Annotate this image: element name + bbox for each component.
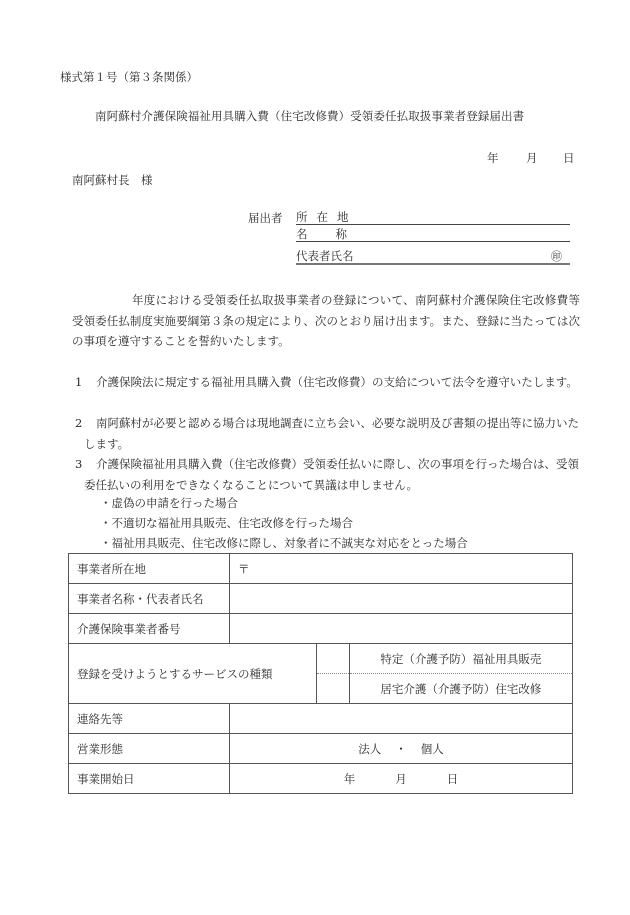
- condition-bullet: ・虚偽の申請を行った場合: [100, 495, 238, 511]
- representative-name-field[interactable]: 代表者氏名 ㊞: [296, 247, 570, 265]
- seal-icon: ㊞: [551, 248, 562, 264]
- pledge-item-number: 2: [75, 413, 82, 434]
- condition-bullet: ・福祉用具販売、住宅改修に際し、対象者に不誠実な対応をとった場合: [100, 535, 468, 551]
- pledge-item-text: 介護保険福祉用具購入費（住宅改修費）受領委任払いに際し、次の事項を行った場合は、…: [75, 454, 580, 495]
- condition-bullet: ・不適切な福祉用具販売、住宅改修を行った場合: [100, 515, 353, 531]
- pledge-item-number: 1: [75, 372, 82, 393]
- applicant-name-label: 名称: [296, 226, 375, 242]
- pledge-item-number: 3: [75, 454, 82, 475]
- address-label: 事業者所在地: [69, 554, 230, 584]
- start-date-label: 事業開始日: [69, 764, 230, 794]
- date-year-label: 年: [487, 150, 499, 166]
- date-month-label: 月: [526, 150, 538, 166]
- start-date-year: 年: [344, 772, 356, 786]
- pledge-item-text: 南阿蘇村が必要と認める場合は現地調査に立ち会い、必要な説明及び書類の提出等に協力…: [75, 413, 580, 454]
- pledge-item-text: 介護保険法に規定する福祉用具購入費（住宅改修費）の支給について法令を遵守いたしま…: [75, 372, 580, 393]
- form-number: 様式第１号（第３条関係）: [60, 69, 198, 85]
- declaration-paragraph: 年度における受領委任払取扱事業者の登録について、南阿蘇村介護保険住宅改修費等受領…: [72, 290, 580, 352]
- table-row-business-type: 営業形態 法人・個人: [69, 734, 573, 764]
- document-title: 南阿蘇村介護保険福祉用具購入費（住宅改修費）受領委任払取扱事業者登録届出書: [95, 108, 524, 124]
- applicant-name-field[interactable]: 名称: [296, 225, 570, 242]
- business-type-corporation[interactable]: 法人: [358, 742, 381, 756]
- business-type-options: 法人・個人: [230, 734, 573, 764]
- start-date-day: 日: [447, 772, 459, 786]
- table-row-insurer-number: 介護保険事業者番号: [69, 614, 573, 644]
- contact-input[interactable]: [230, 704, 573, 734]
- start-date-input[interactable]: 年月日: [230, 764, 573, 794]
- table-row-name: 事業者名称・代表者氏名: [69, 584, 573, 614]
- table-row-service: 登録を受けようとするサービスの種類 特定（介護予防）福祉用具販売: [69, 644, 573, 674]
- business-name-input[interactable]: [230, 584, 573, 614]
- pledge-item: 3 介護保険福祉用具購入費（住宅改修費）受領委任払いに際し、次の事項を行った場合…: [75, 454, 580, 495]
- business-type-individual[interactable]: 個人: [421, 742, 444, 756]
- service-option-home-renovation: 居宅介護（介護予防）住宅改修: [349, 674, 572, 704]
- applicant-address-label: 所在地: [296, 209, 358, 225]
- business-type-separator: ・: [395, 742, 407, 756]
- service-checkbox-welfare-equipment[interactable]: [316, 644, 349, 674]
- registration-table: 事業者所在地 〒 事業者名称・代表者氏名 介護保険事業者番号 登録を受けようとす…: [68, 553, 573, 794]
- pledge-item: 1 介護保険法に規定する福祉用具購入費（住宅改修費）の支給について法令を遵守いた…: [75, 372, 580, 393]
- table-row-address: 事業者所在地 〒: [69, 554, 573, 584]
- insurer-number-input[interactable]: [230, 614, 573, 644]
- representative-name-label: 代表者氏名: [296, 248, 354, 264]
- applicant-label: 届出者: [248, 210, 283, 226]
- business-name-label: 事業者名称・代表者氏名: [69, 584, 230, 614]
- applicant-address-field[interactable]: 所在地: [296, 208, 570, 225]
- contact-label: 連絡先等: [69, 704, 230, 734]
- service-option-welfare-equipment: 特定（介護予防）福祉用具販売: [349, 644, 572, 674]
- business-type-label: 営業形態: [69, 734, 230, 764]
- date-day-label: 日: [563, 150, 575, 166]
- pledge-item: 2 南阿蘇村が必要と認める場合は現地調査に立ち会い、必要な説明及び書類の提出等に…: [75, 413, 580, 454]
- addressee: 南阿蘇村長 様: [72, 172, 153, 188]
- table-row-start-date: 事業開始日 年月日: [69, 764, 573, 794]
- address-input[interactable]: 〒: [230, 554, 573, 584]
- insurer-number-label: 介護保険事業者番号: [69, 614, 230, 644]
- service-type-label: 登録を受けようとするサービスの種類: [69, 644, 317, 704]
- service-checkbox-home-renovation[interactable]: [316, 674, 349, 704]
- table-row-contact: 連絡先等: [69, 704, 573, 734]
- start-date-month: 月: [395, 772, 407, 786]
